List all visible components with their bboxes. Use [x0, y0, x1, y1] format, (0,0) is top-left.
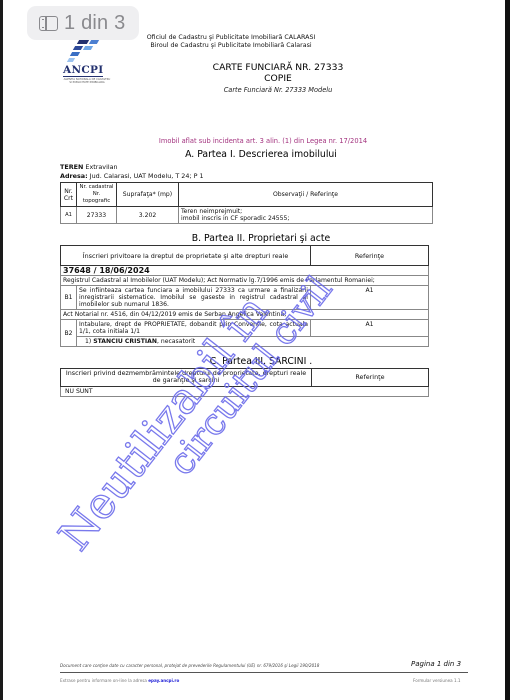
- owner-status: , necasatorit: [157, 338, 195, 345]
- obs-line-2: imobil inscris in CF sporadic 24555;: [181, 215, 430, 222]
- ancpi-logo: ANCPI AGENTIA NATIONALA DE CADASTRU SI P…: [60, 40, 115, 92]
- registration-row: 37648 / 18/06/2024: [61, 266, 429, 276]
- owner-cell: 1) STANCIU CRISTIAN, necasatorit: [77, 337, 429, 347]
- part-b-title: B. Partea II. Proprietari şi acte: [51, 233, 471, 244]
- logo-bars-icon: [68, 40, 100, 64]
- document-page: 1 din 3 ANCPI AGENTIA NATIONALA DE CADAS…: [3, 0, 505, 700]
- part-a-title: A. Partea I. Descrierea imobilului: [51, 149, 471, 160]
- table-row: NU SUNT: [61, 386, 429, 396]
- footer-version: Formular versiunea 1.1: [413, 678, 460, 683]
- page-indicator-text: 1 din 3: [64, 12, 125, 35]
- cell-observatii: Teren neimprejmuit; imobil inscris in CF…: [179, 207, 433, 224]
- teren-value: Extravilan: [85, 163, 117, 171]
- institution-header: Oficiul de Cadastru şi Publicitate Imobi…: [111, 34, 351, 50]
- legal-notice: Imobil aflat sub incidenta art. 3 alin. …: [53, 137, 473, 145]
- address-label: Adresa:: [60, 172, 88, 180]
- footer-divider: [60, 672, 468, 673]
- entry-code: B1: [61, 286, 77, 310]
- col-referinte: Referinţe: [312, 369, 429, 387]
- page-indicator[interactable]: 1 din 3: [27, 6, 139, 40]
- entry-code: B2: [61, 320, 77, 347]
- act-row: Act Notarial nr. 4516, din 04/12/2019 em…: [61, 310, 429, 320]
- teren-line: TEREN Extravilan: [60, 163, 118, 171]
- col-cadastral: Nr. cadastral Nr. topografic: [77, 183, 117, 207]
- logo-subtext: AGENTIA NATIONALA DE CADASTRU SI PUBLICI…: [63, 78, 111, 84]
- institution-line-1: Oficiul de Cadastru şi Publicitate Imobi…: [111, 34, 351, 42]
- table-header-row: Inscrieri privind dezmembrămintele drept…: [61, 369, 429, 387]
- part-c-title: C. Partea III. SARCINI .: [51, 356, 471, 367]
- part-b-table: Înscrieri privitoare la dreptul de propr…: [60, 245, 429, 347]
- institution-line-2: Biroul de Cadastru şi Publicitate Imobil…: [111, 42, 351, 50]
- obs-line-1: Teren neimprejmuit;: [181, 208, 430, 215]
- footer-legal-notice: Document care conţine date cu caracter p…: [60, 663, 319, 668]
- table-row: B2 Intabulare, drept de PROPRIETATE, dob…: [61, 320, 429, 337]
- extract-prefix: Extrase pentru informare on-line la adre…: [60, 678, 147, 683]
- copy-label: COPIE: [153, 73, 403, 84]
- part-a-table: Nr. Crt Nr. cadastral Nr. topografic Sup…: [60, 182, 433, 224]
- col-referinte: Referinţe: [311, 246, 429, 266]
- col-nr-crt: Nr. Crt: [61, 183, 77, 207]
- title-text: CARTE FUNCIARĂ NR. 27333: [153, 62, 403, 73]
- footer-extract-info: Extrase pentru informare on-line la adre…: [60, 678, 179, 683]
- entry-text: Intabulare, drept de PROPRIETATE, doband…: [77, 320, 311, 337]
- act-row: Registrul Cadastral al Imobilelor (UAT M…: [61, 276, 429, 286]
- col-suprafata: Suprafaţa* (mp): [117, 183, 179, 207]
- address-line: Adresa: Jud. Calarasi, UAT Modelu, T 24;…: [60, 172, 204, 180]
- window-edge: [505, 0, 510, 700]
- entry-text: Se infiinteaza cartea funciara a imobilu…: [77, 286, 311, 310]
- col-inscrieri-sarcini: Inscrieri privind dezmembrămintele drept…: [61, 369, 312, 387]
- table-row: B1 Se infiinteaza cartea funciara a imob…: [61, 286, 429, 310]
- teren-label: TEREN: [60, 163, 83, 171]
- registration-number: 37648 / 18/06/2024: [61, 266, 429, 276]
- document-title: CARTE FUNCIARĂ NR. 27333 COPIE: [153, 62, 403, 84]
- col-observatii: Observaţii / Referinţe: [179, 183, 433, 207]
- owner-prefix: 1): [85, 338, 91, 345]
- entry-ref: A1: [311, 320, 429, 337]
- epay-link[interactable]: epay.ancpi.ro: [148, 678, 179, 683]
- address-value: Jud. Calarasi, UAT Modelu, T 24; P 1: [90, 172, 204, 180]
- cell-nr: A1: [61, 207, 77, 224]
- entry-ref: A1: [311, 286, 429, 310]
- table-header-row: Nr. Crt Nr. cadastral Nr. topografic Sup…: [61, 183, 433, 207]
- table-header-row: Înscrieri privitoare la dreptul de propr…: [61, 246, 429, 266]
- owner-name: STANCIU CRISTIAN: [93, 338, 157, 345]
- footer-page-number: Pagina 1 din 3: [411, 660, 461, 668]
- owner-row: 1) STANCIU CRISTIAN, necasatorit: [61, 337, 429, 347]
- cell-suprafata: 3.202: [117, 207, 179, 224]
- col-inscrieri: Înscrieri privitoare la dreptul de propr…: [61, 246, 311, 266]
- sarcini-value: NU SUNT: [61, 386, 429, 396]
- document-subtitle: Carte Funciară Nr. 27333 Modelu: [153, 86, 403, 94]
- cell-cadastral: 27333: [77, 207, 117, 224]
- part-c-table: Inscrieri privind dezmembrămintele drept…: [60, 368, 429, 397]
- act-1: Registrul Cadastral al Imobilelor (UAT M…: [61, 276, 429, 286]
- logo-name: ANCPI: [63, 65, 103, 77]
- act-2: Act Notarial nr. 4516, din 04/12/2019 em…: [61, 310, 429, 320]
- sidebar-thumbnails-icon[interactable]: [39, 16, 58, 31]
- table-row: A1 27333 3.202 Teren neimprejmuit; imobi…: [61, 207, 433, 224]
